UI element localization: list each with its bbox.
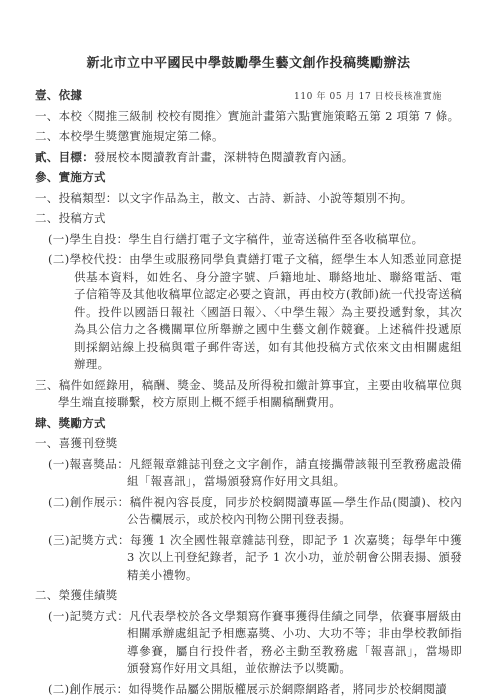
section-heading-implementation: 參、實施方式: [35, 169, 462, 187]
goal-text: 發展校本閱讀教育計畫，深耕特色閱讀教育內涵。: [94, 150, 354, 164]
basis-item-2: 二、本校學生獎懲實施規定第二條。: [35, 128, 462, 146]
publish-award-prize: (一)報喜獎品：凡經報章雜誌刊登之文字創作，請直接攜帶該報刊至教務處設備組「報喜…: [35, 456, 462, 491]
section-goal: 貳、目標：發展校本閱讀教育計畫，深耕特色閱讀教育內涵。: [35, 149, 462, 167]
basis-header-row: 壹、依據 110 年 05 月 17 日校長核准實施: [35, 87, 462, 105]
publish-award-merit: (三)記獎方式：每獲 1 次全國性報章雜誌刊登，即記予 1 次嘉獎；每學年中獲 …: [35, 532, 462, 585]
implementation-type-item: 一、投稿類型：以文字作品為主，散文、古詩、新詩、小說等類別不拘。: [35, 190, 462, 208]
publish-award-display: (二)創作展示：稿件視內容長度，同步於校網閱讀專區—學生作品(閱讀)、校內公告欄…: [35, 494, 462, 529]
page-title: 新北市立中平國民中學鼓勵學生藝文創作投稿獎勵辦法: [35, 55, 462, 73]
basis-item-1: 一、本校〈閱推三級制 校校有閱推〉實施計畫第六點實施策略五第 2 項第 7 條。: [35, 108, 462, 126]
section-heading-rewards: 肆、獎勵方式: [35, 415, 462, 433]
implementation-school-submit: (二)學校代投：由學生或服務同學負責繕打電子文稿，經學生本人知悉並同意提供基本資…: [35, 251, 462, 374]
implementation-method-heading: 二、投稿方式: [35, 210, 462, 228]
document-content: 新北市立中平國民中學鼓勵學生藝文創作投稿獎勵辦法 壹、依據 110 年 05 月…: [0, 0, 495, 698]
achievement-award-display: (二)創作展示：如得獎作品屬公開版權展示於網際網路者，將同步於校網閱讀: [35, 681, 462, 699]
implementation-payment-item: 三、稿件如經錄用，稿酬、獎金、獎品及所得稅扣繳計算事宜，主要由收稿單位與學生端直…: [35, 377, 462, 412]
approval-date-note: 110 年 05 月 17 日校長核准實施: [294, 89, 462, 102]
section-heading-goal: 貳、目標：: [35, 150, 94, 164]
section-heading-basis: 壹、依據: [35, 87, 82, 105]
document-page: 新北市立中平國民中學鼓勵學生藝文創作投稿獎勵辦法 壹、依據 110 年 05 月…: [0, 0, 495, 700]
implementation-self-submit: (一)學生自投：學生自行繕打電子文字稿件，並寄送稿件至各收稿單位。: [35, 231, 462, 249]
publish-award-heading: 一、喜獲刊登獎: [35, 435, 462, 453]
achievement-award-heading: 二、榮獲佳績獎: [35, 587, 462, 605]
achievement-award-merit: (一)記獎方式：凡代表學校於各文學類寫作賽事獲得佳績之同學，依賽事層級由相關承辦…: [35, 608, 462, 678]
